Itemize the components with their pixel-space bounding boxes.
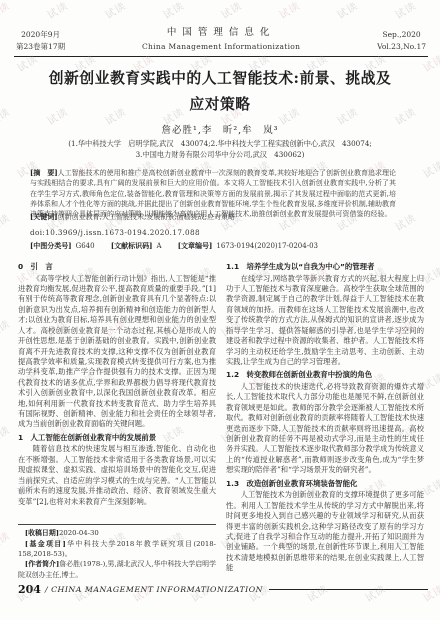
paragraph: 在线学习,网络教学等新兴教育方式的兴起,很大程度上归功于人工智能技术与教育深度融… [226,274,424,368]
section-heading-0: 0 引 言 [18,262,216,273]
journal-title-en: China Management Informationization [142,41,300,53]
footnote-received: [收稿日期]2020-04-30 [18,528,216,538]
header-right: Sep.,2020 Vol.23,No.17 [377,29,426,52]
watermark-text: 试读 [0,209,12,233]
section-heading-1: 1 人工智能在创新创业教育中的发展前景 [18,433,216,444]
watermark-text: 试读 [0,421,12,445]
article-title: 创新创业教育实践中的人工智能技术:前景、挑战及 应对策略 [30,66,410,118]
paper-page: 2020年9月 第23卷第17期 中国管理信息化 China Managemen… [0,0,440,620]
watermark-text: 试读 [420,50,440,74]
abstract-text: 人工智能技术的使用和推广是高校创新创业教育中一次深刻的教育变革,其较好地迎合了创… [30,169,396,218]
watermark-text: 试读 [0,527,12,551]
footnote-author-bio-label: [作者简介] [25,560,59,568]
header-issue-cn: 第23卷第17期 [16,41,65,53]
left-column: 0 引 言 《高等学校人工智能创新行动计划》指出,人工智能是“推进教育均衡发展,… [18,260,216,580]
affiliation-line2: 3.中国电力财务有限公司华中分公司,武汉 430062) [24,150,416,161]
watermark-text: 试读 [420,156,440,180]
footnote-received-label: [收稿日期] [25,529,59,537]
header-date-cn: 2020年9月 [16,29,65,41]
watermark-text: 试读 [334,0,361,22]
footer-rule [269,589,428,590]
author-line: 詹必胜¹,李 昕²,牟 岚³ [0,122,440,136]
paragraph: 随着信息技术的快速发展与相互渗透,智能化、自动化也在不断增强。人工智能技术非常适… [18,444,216,507]
page-number: 204 [18,583,41,596]
clc-label: [中图分类号] [30,241,72,250]
journal-title-cn: 中国管理信息化 [142,26,300,41]
header-center: 中国管理信息化 China Management Informationizat… [142,26,300,52]
footnote-received-text: 2020-04-30 [59,529,99,537]
footer-journal-name: / CHINA MANAGEMENT INFORMATIONIZATION [45,585,263,594]
doc-code-value: A [156,242,161,250]
header-date-en: Sep.,2020 [377,29,426,41]
doc-code-label: [文献标识码] [111,241,153,250]
body-columns: 0 引 言 《高等学校人工智能创新行动计划》指出,人工智能是“推进教育均衡发展,… [18,260,424,580]
section-heading-1-1: 1.1 培养学生成为以“自我为中心”的管理者 [226,262,424,273]
header-divider [14,56,428,57]
journal-header: 2020年9月 第23卷第17期 中国管理信息化 China Managemen… [16,26,426,52]
doi-line: doi:10.3969/j.issn.1673-0194.2020.17.088 [30,228,200,237]
watermark-text: 试读 [0,0,12,22]
paragraph: 人工智能技术的快速迭代,必将导致教育资源的爆炸式增长,人工智能技术取代人力部分功… [226,382,424,476]
article-id-value: 1673-0194(2020)17-0204-03 [216,242,318,250]
header-issue-en: Vol.23,No.17 [377,41,426,53]
article-title-line2: 应对策略 [30,92,410,118]
right-column: 1.1 培养学生成为以“自我为中心”的管理者 在线学习,网络教学等新兴教育方式的… [226,260,424,580]
paragraph: 人工智能技术为创新创业教育的支撑环境提供了更多可能性。利用人工智能技术学生从传统… [226,490,424,573]
abstract-label: [摘 要] [30,168,58,177]
watermark-text: 试读 [44,0,71,22]
header-left: 2020年9月 第23卷第17期 [16,29,65,52]
footnote-block: [收稿日期]2020-04-30 [基金项目]华中科技大学2018年教学研究项目… [18,524,216,580]
article-title-line1: 创新创业教育实践中的人工智能技术:前景、挑战及 [30,66,410,92]
watermark-text: 试读 [160,0,187,22]
watermark-text: 试读 [0,315,12,339]
keywords-label: [关键词] [30,212,58,221]
footnote-fund-label: [基金项目] [25,540,66,548]
section-heading-1-3: 1.3 改造创新创业教育环境装备智能化 [226,479,424,490]
section-heading-1-2: 1.2 转变教师在创新创业教育中扮演的角色 [226,370,424,381]
footnote-author-bio: [作者简介]詹必胜(1978-),男,湖北武汉人,华中科技大学启明学院双创办主任… [18,559,216,580]
watermark-text: 试读 [218,0,245,22]
affiliation-block: (1.华中科技大学 启明学院,武汉 430074;2.华中科技大学工程实践创新中… [24,139,416,161]
keywords-text: 创新创业教育;人工智能技术;发展前景;面临挑战;应对策略 [58,213,235,221]
footnote-fund: [基金项目]华中科技大学2018年教学研究项目(2018-158,2018-53… [18,539,216,560]
clc-value: G640 [76,242,95,250]
watermark-text: 试读 [102,0,129,22]
watermark-text: 试读 [392,0,419,22]
keywords-line: [关键词]创新创业教育;人工智能技术;发展前景;面临挑战;应对策略 [30,212,410,222]
paragraph: 《高等学校人工智能创新行动计划》指出,人工智能是“推进教育均衡发展,促进教育公平… [18,274,216,430]
affiliation-line1: (1.华中科技大学 启明学院,武汉 430074;2.华中科技大学工程实践创新中… [24,139,416,150]
article-id-label: [文章编号] [178,241,213,250]
classification-line: [中图分类号]G640 [文献标识码]A [文章编号]1673-0194(202… [30,241,420,251]
page-footer: 204 / CHINA MANAGEMENT INFORMATIONIZATIO… [18,583,428,596]
watermark-text: 试读 [276,0,303,22]
